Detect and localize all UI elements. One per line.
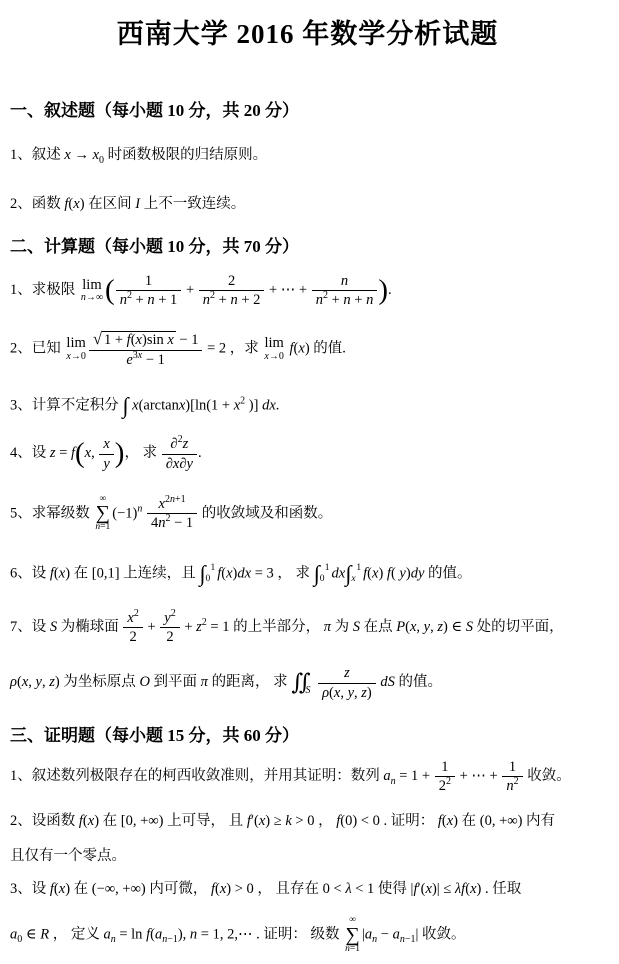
question-2-5: 5、求幂级数 ∞∑n=1(−1)n x2n+14n2 − 1 的收敛域及和函数。 xyxy=(10,495,605,533)
question-2-4: 4、设 z = f(x, xy)， 求 ∂2z∂x∂y. xyxy=(10,435,605,472)
question-3-2-line-1: 2、设函数 f(x) 在 [0, +∞) 上可导， 且 f′(x) ≥ k > … xyxy=(10,811,605,832)
question-3-1: 1、叙述数列极限存在的柯西收敛准则，并用其证明：数列 an = 1 + 122 … xyxy=(10,758,605,795)
exam-page: 西南大学 2016 年数学分析试题 一、叙述题（每小题 10 分，共 20 分）… xyxy=(0,0,619,964)
question-2-6: 6、设 f(x) 在 [0,1] 上连续，且 ∫10f(x)dx = 3 ， 求… xyxy=(10,563,605,585)
question-1-2: 2、函数 f(x) 在区间 I 上不一致连续。 xyxy=(10,194,605,215)
question-3-2-line-2: 且仅有一个零点。 xyxy=(10,846,605,867)
question-2-7-line-1: 7、设 S 为椭球面 x22 + y22 + z2 = 1 的上半部分， π 为… xyxy=(10,609,605,646)
question-2-2: 2、已知 limx→0√1 + f(x)sin x − 1e3x − 1 = 2… xyxy=(10,329,605,369)
exam-title: 西南大学 2016 年数学分析试题 xyxy=(10,12,605,51)
question-2-3: 3、计算不定积分 ∫ x(arctanx)[ln(1 + x2 )] dx. xyxy=(10,395,605,417)
question-2-1: 1、求极限 limn→∞(1n2 + n + 1 + 2n2 + n + 2 +… xyxy=(10,272,605,309)
section-3-heading: 三、证明题（每小题 15 分，共 60 分） xyxy=(10,726,605,746)
section-2-heading: 二、计算题（每小题 10 分，共 70 分） xyxy=(10,237,605,257)
section-1-heading: 一、叙述题（每小题 10 分，共 20 分） xyxy=(10,101,605,121)
question-2-7-line-2: ρ(x, y, z) 为坐标原点 O 到平面 π 的距离， 求 ∬S zρ(x,… xyxy=(10,664,605,701)
question-1-1: 1、叙述 x → x0 时函数极限的归结原则。 xyxy=(10,145,605,166)
question-3-3-line-2: a0 ∈ R ， 定义 an = ln f(an−1), n = 1, 2,⋯ … xyxy=(10,916,605,954)
question-3-3-line-1: 3、设 f(x) 在 (−∞, +∞) 内可微， f(x) > 0 ， 且存在 … xyxy=(10,879,605,900)
